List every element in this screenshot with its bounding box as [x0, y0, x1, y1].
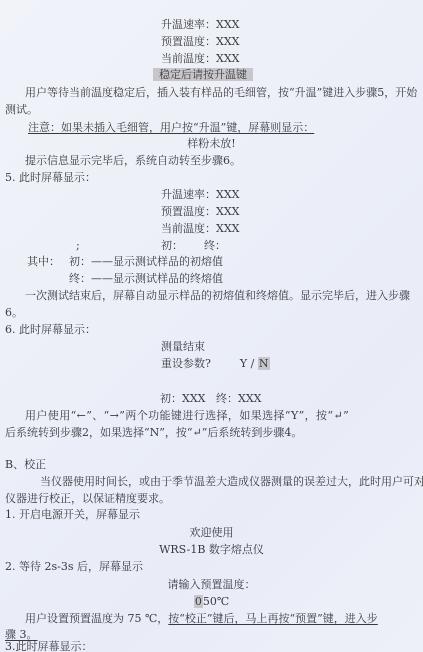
calib-step1-heading: 1. 开启电源开关，屏幕显示	[5, 508, 140, 522]
screen-model-name: WRS-1B 数字熔点仪	[0, 543, 423, 557]
calib-step2-heading: 2. 等待 2s-3s 后，屏幕显示	[5, 560, 143, 574]
screen-reset-params: 重设参数? Y / N	[161, 357, 270, 371]
text-plain: 用户设置预置温度为 75 ℃，	[25, 612, 168, 625]
step5-heading: 5. 此时屏幕显示：	[5, 171, 96, 185]
paragraph-line: 当仪器使用时间长，或由于季节温差大造成仪器测量的误差过大，此时用户可对	[40, 475, 423, 489]
text-underlined: 按“校正”键后，马上再按“预置”键，进入步	[168, 612, 378, 625]
screen-preset-value: 050℃	[0, 595, 423, 609]
screen-result: 初：XXX 终：XXX	[160, 392, 261, 406]
screen-current-temp: 当前温度：XXX	[161, 222, 240, 236]
screen-rate: 升温速率：XXX	[161, 18, 240, 32]
paragraph-line: 6。	[5, 306, 23, 320]
preset-value: 50℃	[203, 595, 229, 608]
paragraph-line: 测试。	[5, 103, 38, 117]
paragraph-line: 后系统转到步骤2，如果选择“N”，按“↵”后系统转到步骤4。	[5, 426, 302, 440]
screen-error-message: 样粉未放!	[0, 137, 423, 151]
option-n-selected: N	[258, 357, 270, 370]
paragraph-line: 一次测试结束后，屏幕自动显示样品的初熔值和终熔值。显示完毕后，进入步骤	[25, 289, 410, 303]
step6-heading: 6. 此时屏幕显示：	[5, 323, 96, 337]
calib-step3-heading: 3.此时屏幕显示：	[5, 640, 93, 652]
paragraph-line: 用户设置预置温度为 75 ℃，按“校正”键后，马上再按“预置”键，进入步	[25, 612, 378, 626]
screen-welcome: 欢迎使用	[0, 526, 423, 540]
cursor-digit: 0	[194, 595, 203, 608]
highlighted-prompt: 稳定后请按升温键	[153, 68, 253, 81]
screen-initial-final: 初： 终：	[161, 239, 226, 253]
option-y: Y /	[240, 357, 258, 370]
legend-label: 其中：	[27, 255, 60, 269]
screen-preset-temp: 预置温度：XXX	[161, 35, 240, 49]
paragraph-line: 仪器进行校正，以保证精度要求。	[5, 492, 170, 506]
paragraph-line: 用户等待当前温度稳定后，插入装有样品的毛细管，按“升温”键进入步骤5，开始	[25, 86, 417, 100]
note-underlined: 注意：如果未插入毛细管，用户按“升温”键，屏幕则显示：	[28, 121, 314, 135]
stray-mark: ;	[76, 239, 80, 253]
section-b-title: B、校正	[5, 458, 46, 472]
screen-prompt: 稳定后请按升温键	[153, 68, 253, 82]
screen-current-temp: 当前温度：XXX	[161, 52, 240, 66]
legend-initial: 初：——显示测试样品的初熔值	[69, 255, 223, 269]
reset-label: 重设参数?	[161, 357, 211, 370]
paragraph-line: 提示信息显示完毕后，系统自动转至步骤6。	[25, 154, 241, 168]
paragraph-line: 用户使用“←”、“→”两个功能键进行选择，如果选择“Y”，按“↵”	[25, 409, 349, 423]
screen-rate: 升温速率：XXX	[161, 188, 240, 202]
screen-enter-preset: 请输入预置温度：	[0, 578, 423, 592]
screen-measure-end: 测量结束	[161, 340, 205, 354]
legend-final: 终：——显示测试样品的终熔值	[69, 272, 223, 286]
screen-preset-temp: 预置温度：XXX	[161, 205, 240, 219]
